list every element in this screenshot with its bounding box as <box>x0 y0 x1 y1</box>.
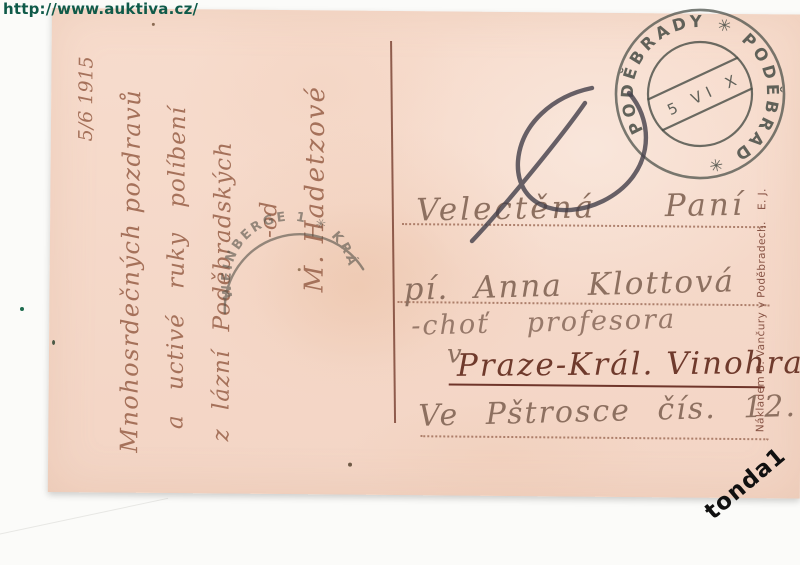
message-line: Mnohosrdečných pozdravů <box>106 21 156 459</box>
message-line: a uctivé ruky políbení <box>152 21 202 459</box>
publisher-imprint: Nákladem B. Vančury v Poděbradech. E. J. <box>754 138 773 432</box>
scan-speck <box>20 307 24 311</box>
message-signature: M. Hadetzové <box>290 22 340 460</box>
address-city: Praze-Král. Vinohrady <box>457 348 800 382</box>
publisher-imprint-text: Nákladem B. Vančury v Poděbradech. E. J. <box>754 138 773 432</box>
message-line: -od <box>244 22 294 460</box>
postcard-back: Nákladem B. Vančury v Poděbradech. E. J.… <box>48 8 800 499</box>
auction-site-watermark: http://www.auktiva.cz/ <box>3 0 198 18</box>
handwritten-underline <box>449 383 765 388</box>
paper-speck <box>348 463 352 467</box>
printed-divider-line <box>390 41 396 423</box>
address-street: Ve Pštrosce čís. 12. <box>418 392 797 432</box>
message-date: 5/6 1915 <box>60 20 110 458</box>
scan-scratch <box>0 498 168 535</box>
address-name: pí. Anna Klottová <box>403 266 735 306</box>
printed-dotted-line <box>420 435 768 440</box>
paper-speck <box>52 340 55 345</box>
message-block: 5/6 1915 Mnohosrdečných pozdravů a uctiv… <box>60 20 356 461</box>
address-salutation: Velectěná Paní <box>416 190 745 227</box>
message-line: z lázní Poděbradských <box>198 21 248 459</box>
address-role: -choť profesora <box>411 306 676 340</box>
message-rotated-text: 5/6 1915 Mnohosrdečných pozdravů a uctiv… <box>60 20 356 461</box>
